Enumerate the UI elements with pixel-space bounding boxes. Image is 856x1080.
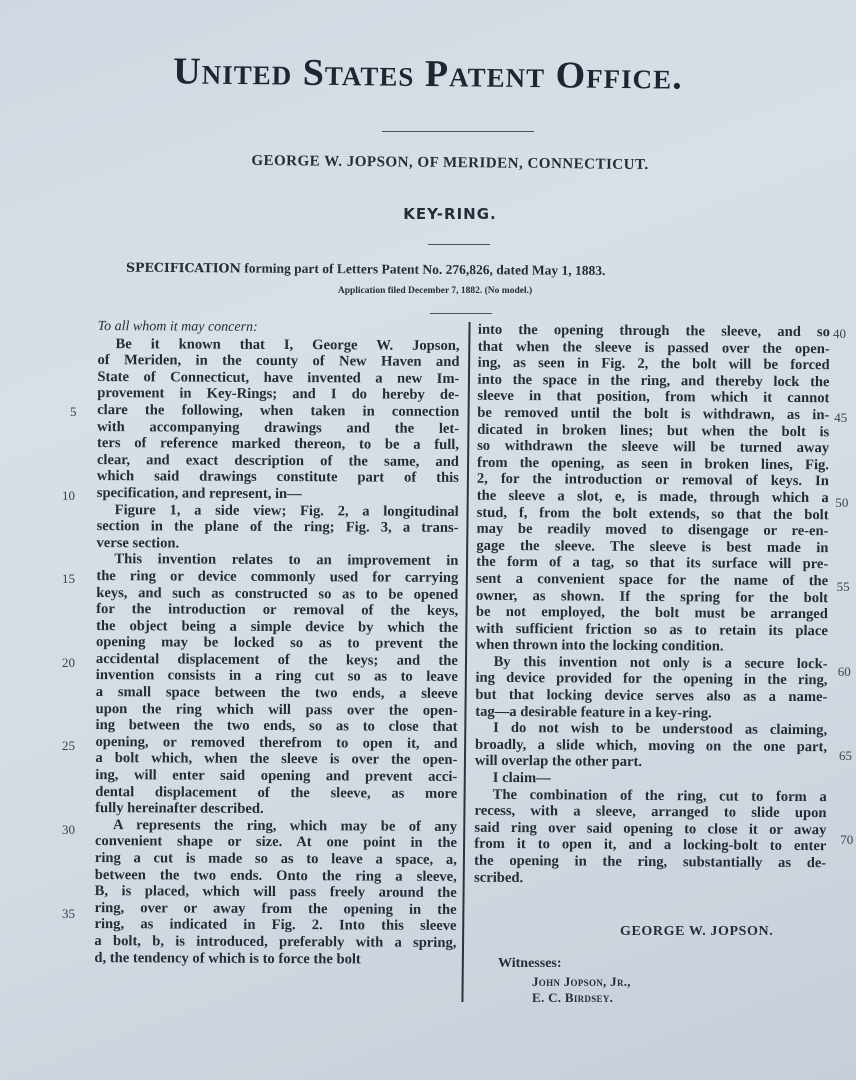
text-line: the opening in the ring, substantially a… bbox=[474, 853, 826, 872]
text-line: B, is placed, which will pass freely aro… bbox=[95, 883, 457, 901]
line-number: 45 bbox=[834, 410, 847, 426]
text-line: be removed until the bolt is withdrawn, … bbox=[477, 405, 829, 424]
specification-text: forming part of Letters Patent No. 276,8… bbox=[244, 261, 605, 279]
text-line: specification, and represent, in— bbox=[97, 485, 459, 503]
text-line: fully hereinafter described. bbox=[95, 800, 457, 818]
line-number: 25 bbox=[62, 738, 75, 754]
line-number: 60 bbox=[838, 664, 851, 680]
line-number: 40 bbox=[833, 326, 846, 342]
text-line: of Meriden, in the county of New Haven a… bbox=[97, 352, 459, 370]
text-line: with accompanying drawings and the let- bbox=[97, 419, 459, 437]
text-line: a bolt, b, is introduced, preferably wit… bbox=[94, 933, 456, 951]
text-line: accidental displacement of the keys; and… bbox=[96, 651, 458, 669]
invention-rule bbox=[428, 244, 490, 245]
line-number: 55 bbox=[837, 579, 850, 595]
line-number: 50 bbox=[835, 495, 848, 511]
text-line: ters of reference marked thereon, to be … bbox=[97, 435, 459, 453]
specification-line: SPECIFICATION forming part of Letters Pa… bbox=[126, 260, 786, 281]
patent-page: United States Patent Office. GEORGE W. J… bbox=[0, 0, 856, 1080]
invention-title: KEY-RING. bbox=[0, 205, 856, 223]
right-column: into the opening through the sleeve, and… bbox=[474, 322, 830, 889]
text-line: dental displacement of the sleeve, as mo… bbox=[95, 784, 457, 802]
text-line: section in the plane of the ring; Fig. 3… bbox=[97, 518, 459, 536]
line-number: 35 bbox=[62, 906, 75, 922]
text-line: ring, over or away from the opening in t… bbox=[95, 900, 457, 918]
text-line: be not employed, the bolt must be arrang… bbox=[476, 604, 828, 623]
text-line: ring a cut is made so as to leave a spac… bbox=[95, 850, 457, 868]
text-line: ing, will enter said opening and prevent… bbox=[95, 767, 457, 785]
salutation: To all whom it may concern: bbox=[98, 319, 460, 337]
text-line: sent a convenient space for the name of … bbox=[476, 571, 828, 590]
text-line: a bolt which, when the sleeve is over th… bbox=[95, 750, 457, 768]
text-line: d, the tendency of which is to force the… bbox=[94, 950, 456, 968]
text-line: A represents the ring, which may be of a… bbox=[95, 817, 457, 835]
text-line: the object being a simple device by whic… bbox=[96, 618, 458, 636]
text-line: between the two ends. Onto the ring a sl… bbox=[95, 867, 457, 885]
text-line: keys, and such as constructed so as to b… bbox=[96, 585, 458, 603]
text-line: ring, as indicated in Fig. 2. Into this … bbox=[94, 916, 456, 934]
line-number: 15 bbox=[62, 571, 75, 587]
text-line: upon the ring which will pass over the o… bbox=[96, 701, 458, 719]
text-line: clare the following, when taken in conne… bbox=[97, 402, 459, 420]
office-title-text: United States Patent Office. bbox=[173, 50, 683, 97]
text-line: ing between the two ends, so as to close… bbox=[96, 717, 458, 735]
inventor-line: GEORGE W. JOPSON, OF MERIDEN, CONNECTICU… bbox=[0, 150, 856, 176]
title-rule bbox=[382, 131, 534, 132]
text-line: convenient shape or size. At one point i… bbox=[95, 833, 457, 851]
text-line: opening may be locked so as to prevent t… bbox=[96, 634, 458, 652]
text-line: may be readily moved to disengage or re-… bbox=[476, 521, 828, 540]
line-number: 65 bbox=[839, 748, 852, 764]
witness-2: E. C. Birdsey. bbox=[532, 990, 613, 1006]
text-line: the ring or device commonly used for car… bbox=[96, 568, 458, 586]
text-line: State of Connecticut, have invented a ne… bbox=[97, 369, 459, 387]
text-line: so withdrawn the sleeve will be turned a… bbox=[477, 438, 829, 457]
text-line: I claim— bbox=[475, 770, 827, 789]
witnesses-label: Witnesses: bbox=[498, 956, 562, 972]
column-divider bbox=[461, 322, 470, 1002]
text-line: the sleeve a slot, e, is made, through w… bbox=[477, 488, 829, 507]
line-number: 5 bbox=[70, 404, 77, 420]
text-line: scribed. bbox=[474, 869, 826, 888]
text-line: invention consists in a ring cut so as t… bbox=[96, 668, 458, 686]
left-column: To all whom it may concern: Be it known … bbox=[94, 319, 459, 968]
text-line: for the introduction or removal of the k… bbox=[96, 601, 458, 619]
line-number: 30 bbox=[62, 822, 75, 838]
text-line: into the opening through the sleeve, and… bbox=[478, 322, 830, 341]
application-line: Application filed December 7, 1882. (No … bbox=[0, 286, 856, 296]
line-number: 10 bbox=[62, 488, 75, 504]
line-number: 70 bbox=[840, 832, 853, 848]
inventor-signature: GEORGE W. JOPSON. bbox=[620, 924, 773, 940]
text-line: Figure 1, a side view; Fig. 2, a longitu… bbox=[97, 502, 459, 520]
text-line: but that locking device serves also as a… bbox=[475, 687, 827, 706]
text-line: Be it known that I, George W. Jopson, bbox=[98, 336, 460, 354]
text-line: clear, and exact description of the same… bbox=[97, 452, 459, 470]
text-line: opening, or removed therefrom to open it… bbox=[95, 734, 457, 752]
text-line: verse section. bbox=[96, 535, 458, 553]
text-line: This invention relates to an improvement… bbox=[96, 551, 458, 569]
specification-label: SPECIFICATION bbox=[126, 260, 241, 276]
text-line: which said drawings constitute part of t… bbox=[97, 468, 459, 486]
line-number: 20 bbox=[62, 655, 75, 671]
application-rule bbox=[430, 313, 492, 314]
witness-1: John Jopson, Jr., bbox=[532, 974, 631, 990]
text-line: provement in Key-Rings; and I do hereby … bbox=[97, 385, 459, 403]
office-title: United States Patent Office. bbox=[0, 48, 856, 101]
text-line: a small space between the two ends, a sl… bbox=[96, 684, 458, 702]
